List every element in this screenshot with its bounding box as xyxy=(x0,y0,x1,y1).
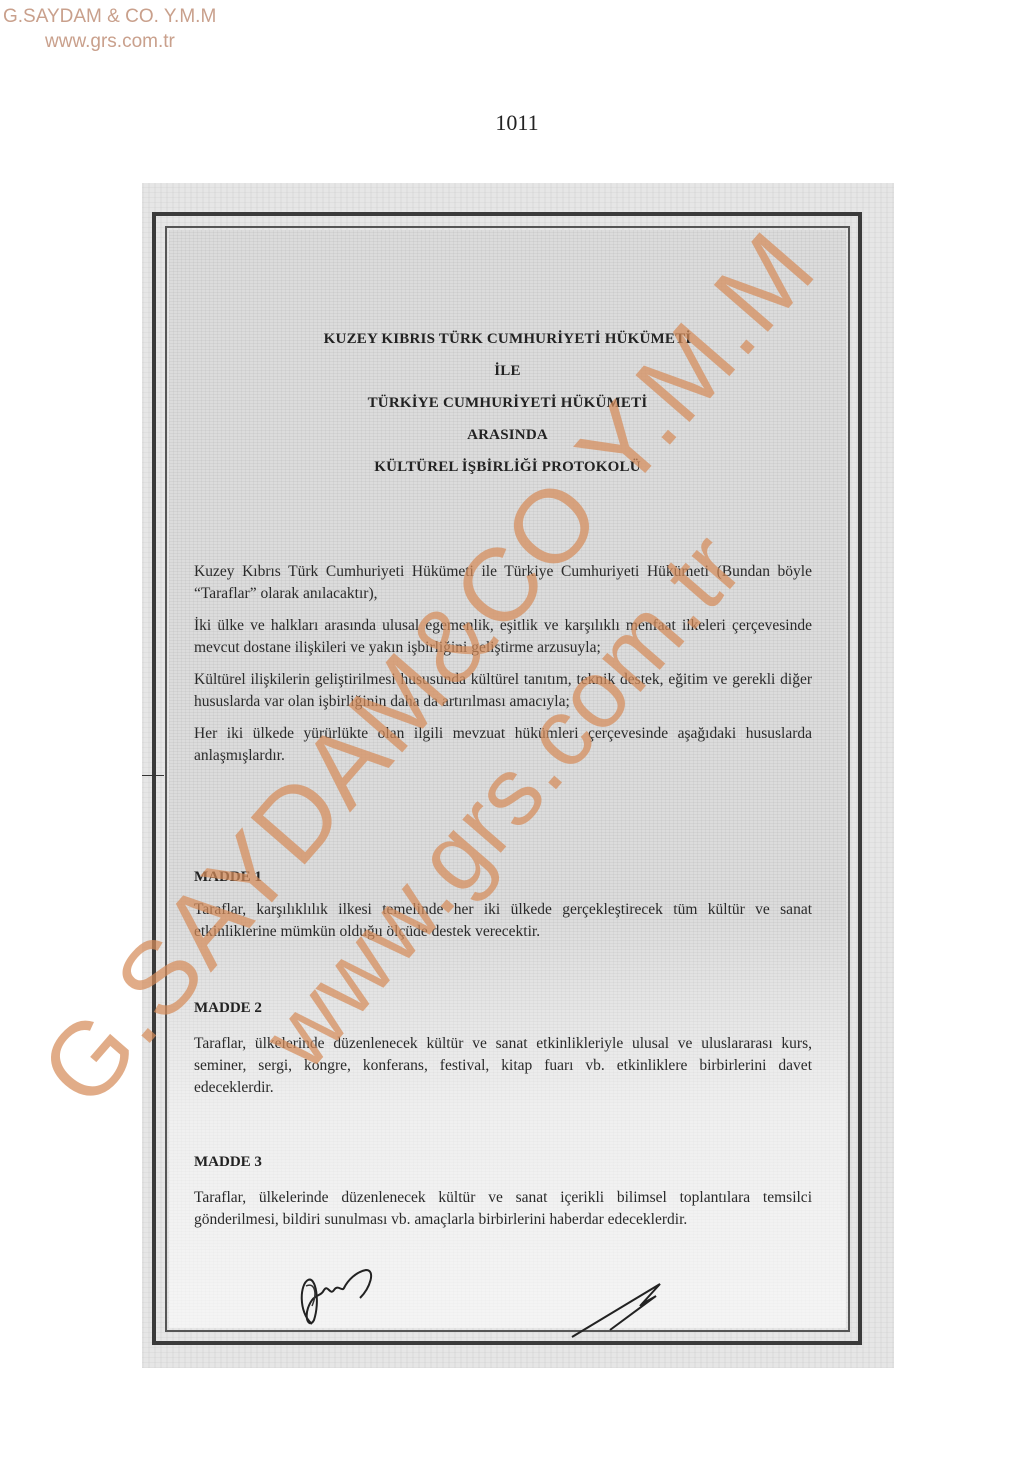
title-line: TÜRKİYE CUMHURİYETİ HÜKÜMETİ xyxy=(169,387,846,419)
document-title: KUZEY KIBRIS TÜRK CUMHURİYETİ HÜKÜMETİ İ… xyxy=(169,323,846,483)
right-signature-icon xyxy=(570,1272,680,1342)
article-2: MADDE 2 Taraflar, ülkelerinde düzenlenec… xyxy=(194,997,812,1109)
preamble-paragraph: İki ülke ve halkları arasında ulusal ege… xyxy=(194,615,812,659)
preamble-paragraph: Kültürel ilişkilerin geliştirilmesi husu… xyxy=(194,669,812,713)
article-1: MADDE 1 Taraflar, karşılıklılık ilkesi t… xyxy=(194,866,812,953)
title-line: KUZEY KIBRIS TÜRK CUMHURİYETİ HÜKÜMETİ xyxy=(169,323,846,355)
preamble-paragraph: Her iki ülkede yürürlükte olan ilgili me… xyxy=(194,723,812,767)
preamble: Kuzey Kıbrıs Türk Cumhuriyeti Hükümeti i… xyxy=(194,561,812,777)
page-number: 1011 xyxy=(0,110,1034,136)
article-text: Taraflar, ülkelerinde düzenlenecek kültü… xyxy=(194,1187,812,1231)
company-name: G.SAYDAM & CO. Y.M.M xyxy=(3,4,216,29)
preamble-paragraph: Kuzey Kıbrıs Türk Cumhuriyeti Hükümeti i… xyxy=(194,561,812,605)
title-line: ARASINDA xyxy=(169,419,846,451)
article-heading: MADDE 3 xyxy=(194,1151,812,1173)
title-line: İLE xyxy=(169,355,846,387)
company-website: www.grs.com.tr xyxy=(45,29,216,54)
article-text: Taraflar, ülkelerinde düzenlenecek kültü… xyxy=(194,1033,812,1099)
title-line: KÜLTÜREL İŞBİRLİĞİ PROTOKOLÜ xyxy=(169,451,846,483)
company-stamp: G.SAYDAM & CO. Y.M.M www.grs.com.tr xyxy=(0,4,216,54)
article-3: MADDE 3 Taraflar, ülkelerinde düzenlenec… xyxy=(194,1151,812,1241)
article-heading: MADDE 2 xyxy=(194,997,812,1019)
article-text: Taraflar, karşılıklılık ilkesi temelinde… xyxy=(194,899,812,943)
margin-tick-mark xyxy=(142,775,164,776)
article-heading: MADDE 1 xyxy=(194,866,812,888)
left-signature-icon xyxy=(290,1262,400,1332)
